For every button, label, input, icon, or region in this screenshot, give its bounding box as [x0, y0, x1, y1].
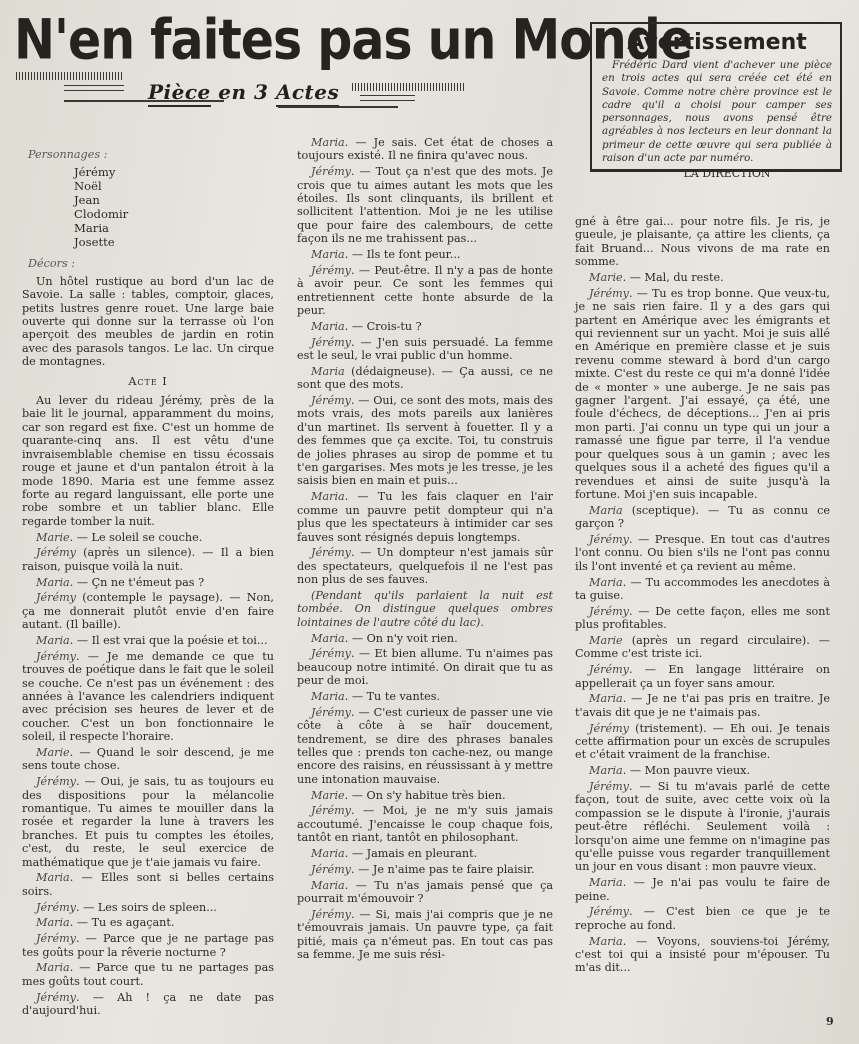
dialogue-line: Jérémy. — J'en suis persuadé. La femme e…: [297, 336, 553, 363]
decor-text: Un hôtel rustique au bord d'un lac de Sa…: [22, 275, 274, 369]
dialogue-line: Jérémy. — Je me demande ce que tu trouve…: [22, 650, 274, 744]
speaker-name: Jérémy: [311, 804, 351, 817]
subtitle-rule-right-1: [360, 95, 415, 96]
dialogue-line: Marie. — Le soleil se couche.: [22, 531, 274, 544]
dialogue-line: Jérémy. — Les soirs de spleen...: [22, 901, 274, 914]
dialogue-line: Jérémy. — Un dompteur n'est jamais sûr d…: [297, 546, 553, 586]
stage-direction: (dédaigneuse): [351, 365, 431, 378]
speaker-name: Jérémy: [311, 394, 351, 407]
speaker-name: Jérémy: [589, 905, 629, 918]
column-2: Maria. — Je sais. Cet état de choses a t…: [297, 136, 553, 964]
dialogue-line: Maria. — Tu te vantes.: [297, 690, 553, 703]
dialogue-line: Jérémy. — Peut-être. Il n'y a pas de hon…: [297, 264, 553, 318]
dialogue-line: Jérémy. — Tu es trop bonne. Que veux-tu,…: [575, 287, 830, 502]
speaker-name: Jérémy: [311, 706, 351, 719]
dialogue-line: Jérémy. — Parce que je ne partage pas te…: [22, 932, 274, 959]
line-text: On s'y habitue très bien.: [367, 789, 506, 802]
speaker-name: Maria: [589, 692, 623, 705]
speaker-name: Maria: [311, 136, 345, 149]
dialogue-line: Maria. — Crois-tu ?: [297, 320, 553, 333]
speaker-name: Maria: [311, 690, 345, 703]
dialogue-line: Jérémy. — Je n'aime pas te faire plaisir…: [297, 863, 553, 876]
line-text: Çn ne t'émeut pas ?: [92, 576, 205, 589]
dialogue-column-1: Marie. — Le soleil se couche.Jérémy (apr…: [22, 531, 274, 1018]
dialogue-line: Maria. — Je n'ai pas voulu te faire de p…: [575, 876, 830, 903]
dialogue-line: Marie. — Quand le soir descend, je me se…: [22, 746, 274, 773]
speaker-name: Maria: [311, 632, 345, 645]
dialogue-line: Jérémy. — Si, mais j'ai compris que je n…: [297, 908, 553, 962]
line-text: Je n'aime pas te faire plaisir.: [373, 863, 535, 876]
speaker-name: Maria: [36, 634, 70, 647]
speaker-name: Maria: [589, 576, 623, 589]
speaker-name: Jérémy: [36, 775, 76, 788]
speaker-name: Jérémy: [36, 591, 76, 604]
speaker-name: Marie: [589, 634, 623, 647]
stage-direction: (Pendant qu'ils parlaient la nuit est to…: [297, 589, 553, 629]
dialogue-line: Maria. — Tu accommodes les anecdotes à t…: [575, 576, 830, 603]
dialogue-line: Maria. — Mon pauvre vieux.: [575, 764, 830, 777]
line-text: Crois-tu ?: [367, 320, 422, 333]
dialogue-column-3: gné à être gai... pour notre fils. Je ri…: [575, 215, 830, 975]
act-title: Acte I: [22, 375, 274, 388]
line-text: Si tu m'avais parlé de cette façon, tout…: [575, 780, 830, 873]
dialogue-line: Marie. — Mal, du reste.: [575, 271, 830, 284]
dialogue-line: Maria. — Je sais. Cet état de choses a t…: [297, 136, 553, 163]
avertissement-signature: LA DIRECTION: [602, 167, 832, 180]
line-text: Tu te vantes.: [367, 690, 441, 703]
line-text: gné à être gai... pour notre fils. Je ri…: [575, 215, 830, 268]
line-text: Comme c'est triste ici.: [575, 647, 702, 660]
dialogue-line: Maria (dédaigneuse). — Ça aussi, ce ne s…: [297, 365, 553, 392]
speaker-name: Maria: [589, 935, 623, 948]
avertissement-title: Avertissement: [602, 30, 832, 55]
dialogue-line: Jérémy. — Oui, je sais, tu as toujours e…: [22, 775, 274, 869]
line-text: Ils te font peur...: [367, 248, 461, 261]
subtitle-rule-right-3: [278, 106, 398, 108]
dialogue-line: Jérémy. — Presque. En tout cas d'autres …: [575, 533, 830, 573]
speaker-name: Maria: [36, 576, 70, 589]
title-hatch-left: [16, 72, 124, 80]
speaker-name: Maria: [311, 879, 345, 892]
speaker-name: Maria: [589, 504, 623, 517]
dialogue-line: Maria. — Tu n'as jamais pensé que ça pou…: [297, 879, 553, 906]
line-text: Les soirs de spleen...: [98, 901, 217, 914]
speaker-name: Maria: [36, 871, 70, 884]
dialogue-line: Maria. — On n'y voit rien.: [297, 632, 553, 645]
dialogue-line: Jérémy. — C'est bien ce que je te reproc…: [575, 905, 830, 932]
speaker-name: Jérémy: [311, 165, 351, 178]
page-number: 9: [826, 1015, 834, 1028]
speaker-name: Jérémy: [589, 533, 629, 546]
stage-direction: (sceptique): [632, 504, 696, 517]
speaker-name: Maria: [311, 320, 345, 333]
speaker-name: Maria: [311, 847, 345, 860]
line-text: Mon pauvre vieux.: [645, 764, 750, 777]
cast-member: Jean: [74, 193, 274, 207]
speaker-name: Jérémy: [311, 546, 351, 559]
speaker-name: Jérémy: [589, 722, 629, 735]
speaker-name: Jérémy: [36, 932, 76, 945]
dialogue-line: Jérémy (contemple le paysage). — Non, ça…: [22, 591, 274, 631]
cast-label: Personnages :: [28, 148, 274, 161]
column-1: Personnages : Jérémy Noël Jean Clodomir …: [22, 148, 274, 1020]
line-text: Jamais en pleurant.: [367, 847, 478, 860]
line-text: On n'y voit rien.: [367, 632, 458, 645]
dialogue-line: gné à être gai... pour notre fils. Je ri…: [575, 215, 830, 269]
line-text: Oui, ce sont des mots, mais des mots vra…: [297, 394, 553, 487]
dialogue-line: Maria (sceptique). — Tu as connu ce garç…: [575, 504, 830, 531]
dialogue-line: Jérémy (après un silence). — Il a bien r…: [22, 546, 274, 573]
line-text: Le soleil se couche.: [92, 531, 203, 544]
stage-direction: (après un silence): [83, 546, 192, 559]
dialogue-line: Maria. — Je ne t'ai pas pris en traitre.…: [575, 692, 830, 719]
dialogue-line: Maria. — Tu les fais claquer en l'air co…: [297, 490, 553, 544]
subtitle-rule-left-2: [64, 90, 124, 91]
subtitle-rule-left-1: [64, 85, 124, 86]
dialogue-line: Maria. — Voyons, souviens-toi Jérémy, c'…: [575, 935, 830, 975]
speaker-name: Maria: [311, 490, 345, 503]
dialogue-line: Jérémy. — Tout ça n'est que des mots. Je…: [297, 165, 553, 245]
play-subtitle: Pièce en 3 Actes: [148, 80, 339, 104]
speaker-name: Jérémy: [311, 336, 351, 349]
speaker-name: Jérémy: [311, 863, 351, 876]
speaker-name: Maria: [36, 916, 70, 929]
speaker-name: Jérémy: [589, 605, 629, 618]
dialogue-line: (Pendant qu'ils parlaient la nuit est to…: [297, 589, 553, 629]
dialogue-line: Maria. — Elles sont si belles certains s…: [22, 871, 274, 898]
speaker-name: Marie: [36, 531, 70, 544]
line-text: Je me demande ce que tu trouves de poéti…: [22, 650, 274, 743]
speaker-name: Maria: [311, 365, 345, 378]
stage-direction: (tristement): [635, 722, 703, 735]
dialogue-line: Maria. — Parce que tu ne partages pas me…: [22, 961, 274, 988]
stage-direction: (après un regard circulaire): [632, 634, 807, 647]
column-3: gné à être gai... pour notre fils. Je ri…: [575, 215, 830, 977]
speaker-name: Maria: [589, 876, 623, 889]
subtitle-piece: Pièce: [148, 80, 211, 107]
play-title: N'en faites pas un Monde: [14, 8, 534, 72]
cast-member: Maria: [74, 221, 274, 235]
stage-direction: (contemple le paysage): [82, 591, 219, 604]
dialogue-line: Marie. — On s'y habitue très bien.: [297, 789, 553, 802]
subtitle-rule-right-2: [360, 100, 415, 101]
speaker-name: Jérémy: [311, 908, 351, 921]
dialogue-line: Marie (après un regard circulaire). — Co…: [575, 634, 830, 661]
speaker-name: Maria: [589, 764, 623, 777]
cast-member: Josette: [74, 235, 274, 249]
speaker-name: Jérémy: [36, 991, 76, 1004]
avertissement-text: Frédéric Dard vient d'achever une pièce …: [602, 59, 832, 165]
dialogue-line: Maria. — Jamais en pleurant.: [297, 847, 553, 860]
speaker-name: Jérémy: [36, 546, 76, 559]
speaker-name: Jérémy: [589, 780, 629, 793]
subtitle-actes: Actes: [276, 80, 339, 107]
speaker-name: Jérémy: [36, 650, 76, 663]
decor-label: Décors :: [28, 257, 274, 270]
dialogue-line: Maria. — Çn ne t'émeut pas ?: [22, 576, 274, 589]
speaker-name: Jérémy: [311, 647, 351, 660]
speaker-name: Jérémy: [589, 663, 629, 676]
dialogue-line: Jérémy. — Moi, je ne m'y suis jamais acc…: [297, 804, 553, 844]
dialogue-line: Jérémy. — Et bien allume. Tu n'aimes pas…: [297, 647, 553, 687]
speaker-name: Marie: [589, 271, 623, 284]
speaker-name: Maria: [36, 961, 70, 974]
speaker-name: Maria: [311, 248, 345, 261]
subtitle-middle: en 3: [211, 80, 276, 104]
act-intro: Au lever du rideau Jérémy, près de la ba…: [22, 394, 274, 528]
speaker-name: Jérémy: [311, 264, 351, 277]
speaker-name: Jérémy: [36, 901, 76, 914]
avertissement-box: Avertissement Frédéric Dard vient d'ache…: [590, 22, 842, 172]
dialogue-line: Maria. — Il est vrai que la poésie et to…: [22, 634, 274, 647]
dialogue-line: Jérémy. — En langage littéraire on appel…: [575, 663, 830, 690]
dialogue-line: Jérémy (tristement). — Eh oui. Je tenais…: [575, 722, 830, 762]
line-text: Oui, je sais, tu as toujours eu des disp…: [22, 775, 274, 868]
dialogue-line: Jérémy. — Ah ! ça ne date pas d'aujourd'…: [22, 991, 274, 1018]
dialogue-column-2: Maria. — Je sais. Cet état de choses a t…: [297, 136, 553, 961]
cast-member: Noël: [74, 179, 274, 193]
speaker-name: Marie: [311, 789, 345, 802]
speaker-name: Marie: [36, 746, 70, 759]
dialogue-line: Jérémy. — Si tu m'avais parlé de cette f…: [575, 780, 830, 874]
dialogue-line: Jérémy. — C'est curieux de passer une vi…: [297, 706, 553, 786]
line-text: Il est vrai que la poésie et toi...: [92, 634, 268, 647]
cast-list: Jérémy Noël Jean Clodomir Maria Josette: [74, 165, 274, 249]
dialogue-line: Maria. — Tu es agaçant.: [22, 916, 274, 929]
line-text: Tu es trop bonne. Que veux-tu, je ne sai…: [575, 287, 830, 501]
title-hatch-right: [352, 83, 464, 91]
dialogue-line: Jérémy. — Oui, ce sont des mots, mais de…: [297, 394, 553, 488]
dialogue-line: Maria. — Ils te font peur...: [297, 248, 553, 261]
cast-member: Clodomir: [74, 207, 274, 221]
dialogue-line: Jérémy. — De cette façon, elles me sont …: [575, 605, 830, 632]
line-text: Mal, du reste.: [645, 271, 724, 284]
speaker-name: Jérémy: [589, 287, 629, 300]
cast-member: Jérémy: [74, 165, 274, 179]
line-text: Tu es agaçant.: [92, 916, 175, 929]
